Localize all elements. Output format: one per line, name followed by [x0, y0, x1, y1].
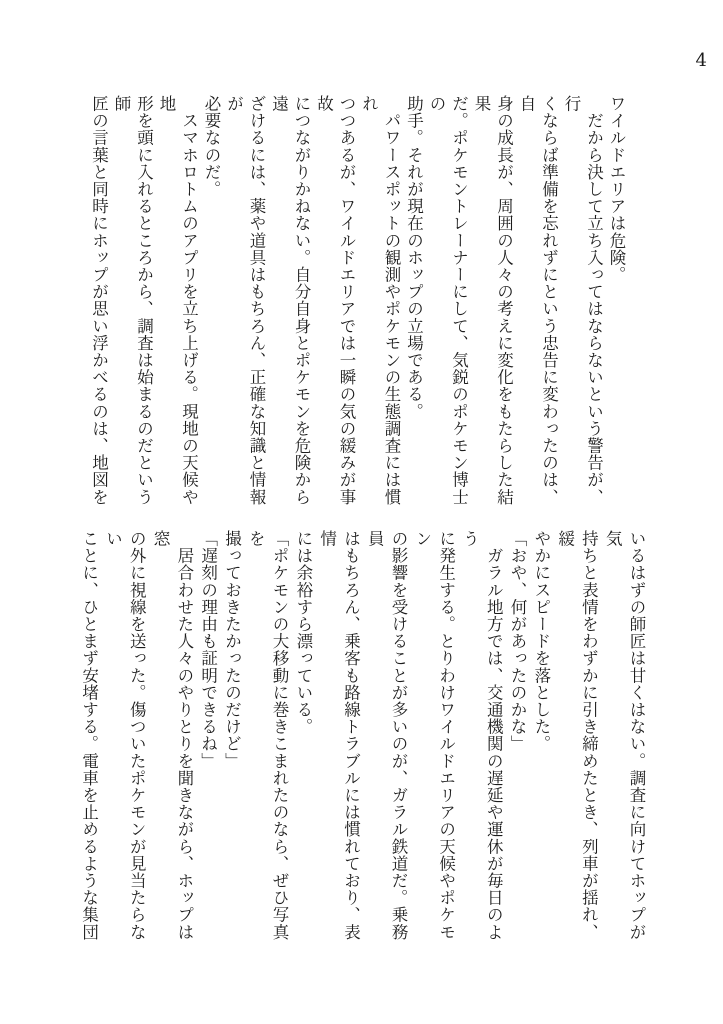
- text-line: つつあるが、ワイルドエリアでは一瞬の気の緩みが事故: [312, 95, 357, 507]
- text-line: ざけるには、薬や道具はもちろん、正確な知識と情報が: [222, 95, 267, 507]
- text-line: ガラル地方では、交通機関の遅延や運休が毎日のよう: [458, 530, 506, 945]
- text-line: ことに、ひとまず安堵する。電車を止めるような集団行: [77, 530, 101, 945]
- text-line: 「おや、何があったのかな」: [505, 530, 529, 945]
- text-line: やかにスピードを落とした。: [529, 530, 553, 945]
- text-line: だから決して立ち入ってはならないという警告が、行: [560, 95, 605, 507]
- text-block-lower: いるはずの師匠は甘くはない。調査に向けてホップが気持ちと表情をわずかに引き締めた…: [77, 530, 648, 945]
- text-line: だ。ポケモントレーナーにして、気鋭のポケモン博士の: [425, 95, 470, 507]
- text-line: 形を頭に入れるところから、調査は始まるのだという師: [110, 95, 155, 507]
- text-line: 「ポケモンの大移動に巻きこまれたのなら、ぜひ写真を: [243, 530, 291, 945]
- text-line: スマホロトムのアプリを立ち上げる。現地の天候や地: [155, 95, 200, 507]
- text-line: の影響を受けることが多いのが、ガラル鉄道だ。乗務員: [362, 530, 410, 945]
- text-line: 居合わせた人々のやりとりを聞きながら、ホップは窓: [148, 530, 196, 945]
- text-line: ワイルドエリアは危険。: [605, 95, 628, 507]
- text-line: 匠の言葉と同時にホップが思い浮かべるのは、地図を理: [87, 95, 110, 507]
- text-line: 助手。それが現在のホップの立場である。: [402, 95, 425, 507]
- text-line: 身の成長が、周囲の人々の考えに変化をもたらした結果: [470, 95, 515, 507]
- text-line: 持ちと表情をわずかに引き締めたとき、列車が揺れ、緩: [553, 530, 601, 945]
- text-line: には余裕すら漂っている。: [291, 530, 315, 945]
- text-line: はもちろん、乗客も路線トラブルには慣れており、表情: [315, 530, 363, 945]
- text-line: くならば準備を忘れずにという忠告に変わったのは、自: [515, 95, 560, 507]
- text-line: 必要なのだ。: [200, 95, 223, 507]
- text-line: につながりかねない。自分自身とポケモンを危険から遠: [267, 95, 312, 507]
- text-line: パワースポットの観測やポケモンの生態調査には慣れ: [357, 95, 402, 507]
- book-page: 4 ワイルドエリアは危険。 だから決して立ち入ってはならないという警告が、行くな…: [0, 0, 723, 1024]
- text-line: いるはずの師匠は甘くはない。調査に向けてホップが気: [600, 530, 648, 945]
- text-line: 「遅刻の理由も証明できるね」: [196, 530, 220, 945]
- text-line: 撮っておきたかったのだけど」: [220, 530, 244, 945]
- text-line: に発生する。とりわけワイルドエリアの天候やポケモン: [410, 530, 458, 945]
- text-line: の外に視線を送った。傷ついたポケモンが見当たらない: [101, 530, 149, 945]
- text-block-upper: ワイルドエリアは危険。 だから決して立ち入ってはならないという警告が、行くならば…: [87, 95, 627, 507]
- page-number: 4: [696, 50, 707, 71]
